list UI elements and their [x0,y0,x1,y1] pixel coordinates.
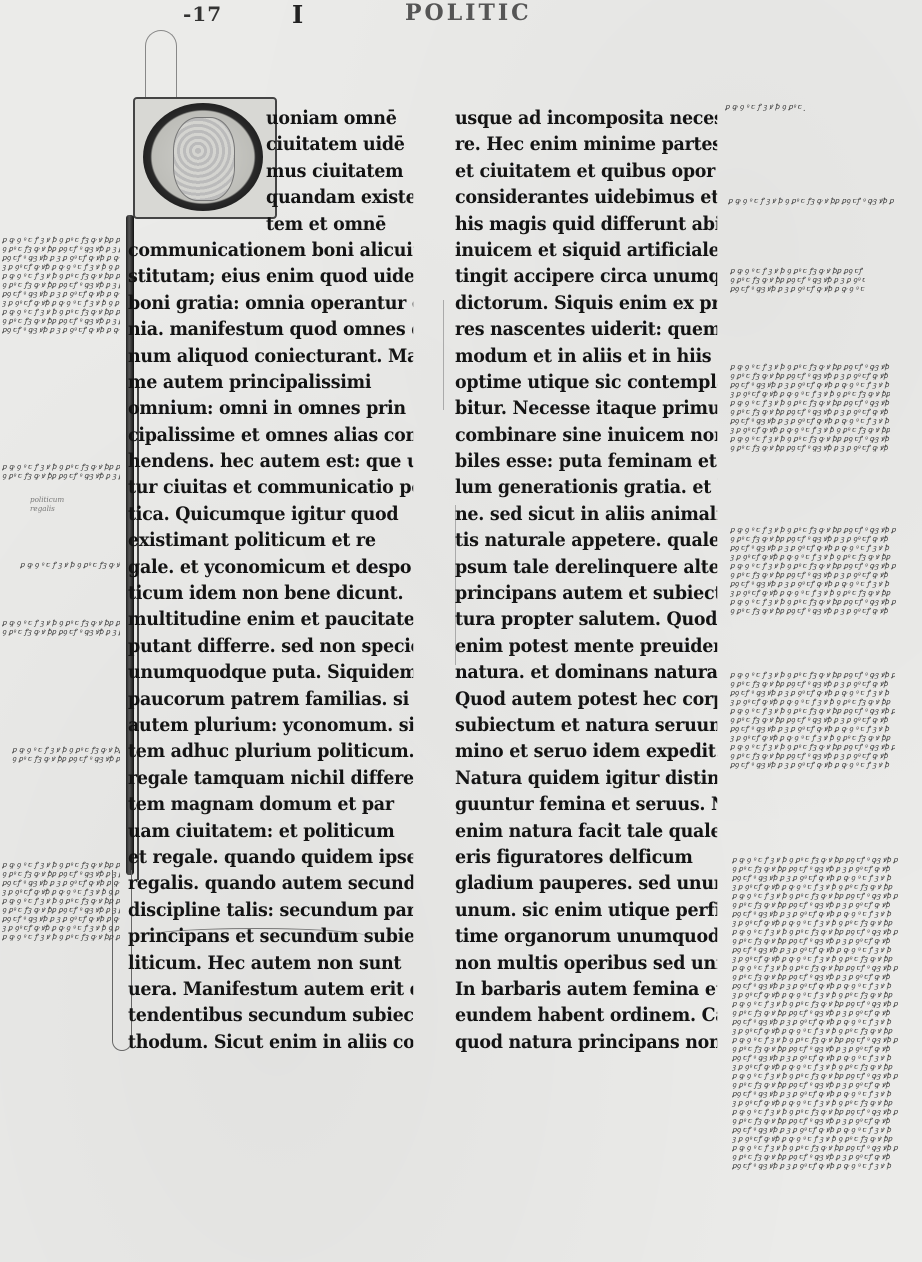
text-line: guuntur femina et seruus. Nichil [455,791,717,817]
gloss-line: ꝯ ꝑꝰ ꞇ ꝭꝫ ꝙ ꝟ ꝥꝑ ꝑꝯ ꞇꝭ ꝰ ꝙꝫ ꝟꝥ ꝑ ꝫ ꝑ ꝯꝰ … [730,443,890,452]
gloss-line: ꝑ ꝙ ꝯ ꝰ ꞇ ꝭ ꝫ ꝟ ꝥ ꝯ ꝑꝰ ꞇ ꝭꝫ ꝙ ꝟ ꝥꝑ ꝑꝯ ꞇꝭ… [20,560,120,569]
gloss-line: ꝑ ꝙ ꝯ ꝰ ꞇ ꝭ ꝫ ꝟ ꝥ ꝯ ꝑꝰ ꞇ ꝭꝫ ꝙ ꝟ ꝥꝑ ꝑꝯ ꞇꝭ… [732,927,912,936]
gloss-line: ꝫ ꝑ ꝯꝰ ꞇꝭ ꝙ ꝟꝥ ꝑ ꝙ ꝯ ꝰ ꞇ ꝭ ꝫ ꝟ ꝥ ꝯ ꝑꝰ ꞇ … [730,733,895,742]
text-line: unumquodque puta. Siquidem [128,659,413,685]
ruling-line [443,300,444,410]
marginal-gloss-right: ꝑ ꝙ ꝯ ꝰ ꞇ ꝭ ꝫ ꝟ ꝥ ꝯ ꝑꝰ ꞇ ꝭꝫ ꝙ ꝟ ꝥꝑ ꝑꝯ ꞇꝭ… [730,362,890,452]
book-number: I [292,0,303,29]
gloss-line: ꝑꝯ ꞇꝭ ꝰ ꝙꝫ ꝟꝥ ꝑ ꝫ ꝑ ꝯꝰ ꞇꝭ ꝙ ꝟꝥ ꝑ ꝙ ꝯ ꝰ ꞇ… [730,380,890,389]
gloss-line: ꝑ ꝙ ꝯ ꝰ ꞇ ꝭ ꝫ ꝟ ꝥ ꝯ ꝑꝰ ꞇ ꝭꝫ ꝙ ꝟ ꝥꝑ ꝑꝯ ꞇꝭ… [730,670,895,679]
text-line: inuicem et siquid artificiale con [455,237,717,263]
gloss-line: ꝫ ꝑ ꝯꝰ ꞇꝭ ꝙ ꝟꝥ ꝑ ꝙ ꝯ ꝰ ꞇ ꝭ ꝫ ꝟ ꝥ ꝯ ꝑꝰ ꞇ … [732,882,912,891]
gloss-line: ꝫ ꝑ ꝯꝰ ꞇꝭ ꝙ ꝟꝥ ꝑ ꝙ ꝯ ꝰ ꞇ ꝭ ꝫ ꝟ ꝥ ꝯ ꝑꝰ ꞇ … [2,887,120,896]
text-line: dictorum. Siquis enim ex principio [455,290,717,316]
gloss-line: ꝑꝯ ꞇꝭ ꝰ ꝙꝫ ꝟꝥ ꝑ ꝫ ꝑ ꝯꝰ ꞇꝭ ꝙ ꝟꝥ ꝑ ꝙ ꝯ ꝰ ꞇ… [730,724,895,733]
text-line: eundem habent ordinem. Causa a [455,1002,717,1028]
folio-number: -17 [183,2,222,26]
text-line: Natura quidem igitur distin [455,765,717,791]
gloss-line: ꝯ ꝑꝰ ꞇ ꝭꝫ ꝙ ꝟ ꝥꝑ ꝑꝯ ꞇꝭ ꝰ ꝙꝫ ꝟꝥ ꝑ ꝫ ꝑ ꝯꝰ … [2,627,120,636]
text-line: his magis quid differunt abi [455,211,717,237]
gloss-line: ꝑ ꝙ ꝯ ꝰ ꞇ ꝭ ꝫ ꝟ ꝥ ꝯ ꝑꝰ ꞇ ꝭꝫ ꝙ ꝟ ꝥꝑ ꝑꝯ ꞇꝭ… [732,1107,912,1116]
text-line: discipline talis: secundum partem [128,897,413,923]
text-line: principans et secundum subiectus po [128,923,413,949]
text-line: biles esse: puta feminam et mascu [455,448,717,474]
text-column-left: uoniam omnēciuitatem uidēmus ciuitatemqu… [128,105,438,1055]
manuscript-page: -17 I POLITIC uoniam omnēciuitatem uidēm… [0,0,922,1262]
text-line: principans autem et subiectum na [455,580,717,606]
gloss-line: ꝑꝯ ꞇꝭ ꝰ ꝙꝫ ꝟꝥ ꝑ ꝫ ꝑ ꝯꝰ ꞇꝭ ꝙ ꝟꝥ ꝑ ꝙ ꝯ ꝰ ꞇ… [732,1089,912,1098]
gloss-line: ꝫ ꝑ ꝯꝰ ꞇꝭ ꝙ ꝟꝥ ꝑ ꝙ ꝯ ꝰ ꞇ ꝭ ꝫ ꝟ ꝥ ꝯ ꝑꝰ ꞇ … [2,923,120,932]
gloss-line: ꝯ ꝑꝰ ꞇ ꝭꝫ ꝙ ꝟ ꝥꝑ ꝑꝯ ꞇꝭ ꝰ ꝙꝫ ꝟꝥ ꝑ ꝫ ꝑ ꝯꝰ … [12,754,120,763]
text-line: me autem principalissimi [128,369,413,395]
gloss-line: ꝑꝯ ꞇꝭ ꝰ ꝙꝫ ꝟꝥ ꝑ ꝫ ꝑ ꝯꝰ ꞇꝭ ꝙ ꝟꝥ ꝑ ꝙ ꝯ ꝰ ꞇ… [732,945,912,954]
gloss-line: ꝯ ꝑꝰ ꞇ ꝭꝫ ꝙ ꝟ ꝥꝑ ꝑꝯ ꞇꝭ ꝰ ꝙꝫ ꝟꝥ ꝑ ꝫ ꝑ ꝯꝰ … [2,316,120,325]
gloss-line: ꝑꝯ ꞇꝭ ꝰ ꝙꝫ ꝟꝥ ꝑ ꝫ ꝑ ꝯꝰ ꞇꝭ ꝙ ꝟꝥ ꝑ ꝙ ꝯ ꝰ ꞇ… [732,1125,912,1134]
gloss-line: ꝑ ꝙ ꝯ ꝰ ꞇ ꝭ ꝫ ꝟ ꝥ ꝯ ꝑꝰ ꞇ ꝭꝫ ꝙ ꝟ ꝥꝑ ꝑꝯ ꞇꝭ… [732,999,912,1008]
gloss-line: ꝑꝯ ꞇꝭ ꝰ ꝙꝫ ꝟꝥ ꝑ ꝫ ꝑ ꝯꝰ ꞇꝭ ꝙ ꝟꝥ ꝑ ꝙ ꝯ ꝰ ꞇ… [2,878,120,887]
text-line: omnium: omni in omnes prin [128,395,413,421]
gloss-line: ꝑꝯ ꞇꝭ ꝰ ꝙꝫ ꝟꝥ ꝑ ꝫ ꝑ ꝯꝰ ꞇꝭ ꝙ ꝟꝥ ꝑ ꝙ ꝯ ꝰ ꞇ… [2,914,120,923]
gloss-line: ꝯ ꝑꝰ ꞇ ꝭꝫ ꝙ ꝟ ꝥꝑ ꝑꝯ ꞇꝭ ꝰ ꝙꝫ ꝟꝥ ꝑ ꝫ ꝑ ꝯꝰ … [730,534,905,543]
gloss-line: ꝑꝯ ꞇꝭ ꝰ ꝙꝫ ꝟꝥ ꝑ ꝫ ꝑ ꝯꝰ ꞇꝭ ꝙ ꝟꝥ ꝑ ꝙ ꝯ ꝰ ꞇ… [730,543,905,552]
gloss-line: ꝑꝯ ꞇꝭ ꝰ ꝙꝫ ꝟꝥ ꝑ ꝫ ꝑ ꝯꝰ ꞇꝭ ꝙ ꝟꝥ ꝑ ꝙ ꝯ ꝰ ꞇ… [732,1053,912,1062]
gloss-line: ꝫ ꝑ ꝯꝰ ꞇꝭ ꝙ ꝟꝥ ꝑ ꝙ ꝯ ꝰ ꞇ ꝭ ꝫ ꝟ ꝥ ꝯ ꝑꝰ ꞇ … [732,1098,912,1107]
gloss-line: ꝫ ꝑ ꝯꝰ ꞇꝭ ꝙ ꝟꝥ ꝑ ꝙ ꝯ ꝰ ꞇ ꝭ ꝫ ꝟ ꝥ ꝯ ꝑꝰ ꞇ … [730,425,890,434]
text-line: time organorum unumquodque [455,923,717,949]
gloss-line: ꝑ ꝙ ꝯ ꝰ ꞇ ꝭ ꝫ ꝟ ꝥ ꝯ ꝑꝰ ꞇ ꝭꝫ ꝙ ꝟ ꝥꝑ ꝑꝯ ꞇꝭ… [730,398,890,407]
marginal-gloss-left: ꝑ ꝙ ꝯ ꝰ ꞇ ꝭ ꝫ ꝟ ꝥ ꝯ ꝑꝰ ꞇ ꝭꝫ ꝙ ꝟ ꝥꝑ ꝑꝯ ꞇꝭ… [2,860,120,941]
gloss-line: ꝑꝯ ꞇꝭ ꝰ ꝙꝫ ꝟꝥ ꝑ ꝫ ꝑ ꝯꝰ ꞇꝭ ꝙ ꝟꝥ ꝑ ꝙ ꝯ ꝰ ꞇ… [730,688,895,697]
gloss-line: ꝑ ꝙ ꝯ ꝰ ꞇ ꝭ ꝫ ꝟ ꝥ ꝯ ꝑꝰ ꞇ ꝭꝫ ꝙ ꝟ ꝥꝑ ꝑꝯ ꞇꝭ… [732,963,912,972]
text-line: stitutam; eius enim quod uidet [128,263,413,289]
marginal-gloss-right: ꝑ ꝙ ꝯ ꝰ ꞇ ꝭ ꝫ ꝟ ꝥ ꝯ ꝑꝰ ꞇ ꝭꝫ ꝙ ꝟ ꝥꝑ ꝑꝯ ꞇꝭ… [730,525,905,615]
gloss-line: ꝯ ꝑꝰ ꞇ ꝭꝫ ꝙ ꝟ ꝥꝑ ꝑꝯ ꞇꝭ ꝰ ꝙꝫ ꝟꝥ ꝑ ꝫ ꝑ ꝯꝰ … [2,244,120,253]
marginal-gloss-left: ꝑ ꝙ ꝯ ꝰ ꞇ ꝭ ꝫ ꝟ ꝥ ꝯ ꝑꝰ ꞇ ꝭꝫ ꝙ ꝟ ꝥꝑ ꝑꝯ ꞇꝭ… [2,235,120,334]
text-line: tur ciuitas et communicatio poli [128,474,413,500]
gloss-line: ꝑ ꝙ ꝯ ꝰ ꞇ ꝭ ꝫ ꝟ ꝥ ꝯ ꝑꝰ ꞇ ꝭꝫ ꝙ ꝟ ꝥꝑ ꝑꝯ ꞇꝭ… [2,307,120,316]
gloss-line: ꝑ ꝙ ꝯ ꝰ ꞇ ꝭ ꝫ ꝟ ꝥ ꝯ ꝑꝰ ꞇ ꝭꝫ ꝙ ꝟ ꝥꝑ ꝑꝯ ꞇꝭ… [732,1035,912,1044]
gloss-line: ꝑꝯ ꞇꝭ ꝰ ꝙꝫ ꝟꝥ ꝑ ꝫ ꝑ ꝯꝰ ꞇꝭ ꝙ ꝟꝥ ꝑ ꝙ ꝯ ꝰ ꞇ… [732,909,912,918]
text-line: bitur. Necesse itaque primum [455,395,717,421]
gloss-line: ꝯ ꝑꝰ ꞇ ꝭꝫ ꝙ ꝟ ꝥꝑ ꝑꝯ ꞇꝭ ꝰ ꝙꝫ ꝟꝥ ꝑ ꝫ ꝑ ꝯꝰ … [732,864,912,873]
gloss-line: ꝑ ꝙ ꝯ ꝰ ꞇ ꝭ ꝫ ꝟ ꝥ ꝯ ꝑꝰ ꞇ ꝭꝫ ꝙ ꝟ ꝥꝑ ꝑꝯ ꞇꝭ… [2,932,120,941]
text-line: mino et seruo idem expedit. [455,738,717,764]
text-line: ticum idem non bene dicunt. [128,580,413,606]
text-line: multitudine enim et paucitate [128,606,413,632]
gloss-line: ꝯ ꝑꝰ ꞇ ꝭꝫ ꝙ ꝟ ꝥꝑ ꝑꝯ ꞇꝭ ꝰ ꝙꝫ ꝟꝥ ꝑ ꝫ ꝑ ꝯꝰ … [730,606,905,615]
gloss-line: ꝑ ꝙ ꝯ ꝰ ꞇ ꝭ ꝫ ꝟ ꝥ ꝯ ꝑꝰ ꞇ ꝭꝫ ꝙ ꝟ ꝥꝑ ꝑꝯ ꞇꝭ… [730,266,865,275]
text-line: ne. sed sicut in aliis animalibus et pla… [455,501,717,527]
gloss-line: ꝑꝯ ꞇꝭ ꝰ ꝙꝫ ꝟꝥ ꝑ ꝫ ꝑ ꝯꝰ ꞇꝭ ꝙ ꝟꝥ ꝑ ꝙ ꝯ ꝰ ꞇ… [730,284,865,293]
text-line: psum tale derelinquere alterum. [455,554,717,580]
text-line: num aliquod coniecturant. Maxi [128,343,413,369]
text-line: tica. Quicumque igitur quod [128,501,413,527]
gloss-line: ꝯ ꝑꝰ ꞇ ꝭꝫ ꝙ ꝟ ꝥꝑ ꝑꝯ ꞇꝭ ꝰ ꝙꝫ ꝟꝥ ꝑ ꝫ ꝑ ꝯꝰ … [730,371,890,380]
gloss-line: ꝑ ꝙ ꝯ ꝰ ꞇ ꝭ ꝫ ꝟ ꝥ ꝯ ꝑꝰ ꞇ ꝭꝫ ꝙ ꝟ ꝥꝑ ꝑꝯ ꞇꝭ… [12,745,120,754]
text-line: paucorum patrem familias. si [128,686,413,712]
gloss-line: ꝑꝯ ꞇꝭ ꝰ ꝙꝫ ꝟꝥ ꝑ ꝫ ꝑ ꝯꝰ ꞇꝭ ꝙ ꝟꝥ ꝑ ꝙ ꝯ ꝰ ꞇ… [732,873,912,882]
text-line: uera. Manifestum autem erit quod dicitur… [128,976,413,1002]
gloss-line: ꝯ ꝑꝰ ꞇ ꝭꝫ ꝙ ꝟ ꝥꝑ ꝑꝯ ꞇꝭ ꝰ ꝙꝫ ꝟꝥ ꝑ ꝫ ꝑ ꝯꝰ … [730,407,890,416]
gloss-line: ꝯ ꝑꝰ ꞇ ꝭꝫ ꝙ ꝟ ꝥꝑ ꝑꝯ ꞇꝭ ꝰ ꝙꝫ ꝟꝥ ꝑ ꝫ ꝑ ꝯꝰ … [730,275,865,284]
gloss-line: ꝯ ꝑꝰ ꞇ ꝭꝫ ꝙ ꝟ ꝥꝑ ꝑꝯ ꞇꝭ ꝰ ꝙꝫ ꝟꝥ ꝑ ꝫ ꝑ ꝯꝰ … [2,471,120,480]
gloss-line: ꝫ ꝑ ꝯꝰ ꞇꝭ ꝙ ꝟꝥ ꝑ ꝙ ꝯ ꝰ ꞇ ꝭ ꝫ ꝟ ꝥ ꝯ ꝑꝰ ꞇ … [2,262,120,271]
text-line: ciuitatem uidē [128,131,413,157]
gloss-line: ꝫ ꝑ ꝯꝰ ꞇꝭ ꝙ ꝟꝥ ꝑ ꝙ ꝯ ꝰ ꞇ ꝭ ꝫ ꝟ ꝥ ꝯ ꝑꝰ ꞇ … [732,1134,912,1143]
text-line: subiectum et natura seruum. propter quod… [455,712,717,738]
gloss-line: ꝯ ꝑꝰ ꞇ ꝭꝫ ꝙ ꝟ ꝥꝑ ꝑꝯ ꞇꝭ ꝰ ꝙꝫ ꝟꝥ ꝑ ꝫ ꝑ ꝯꝰ … [2,280,120,289]
gloss-line: ꝫ ꝑ ꝯꝰ ꞇꝭ ꝙ ꝟꝥ ꝑ ꝙ ꝯ ꝰ ꞇ ꝭ ꝫ ꝟ ꝥ ꝯ ꝑꝰ ꞇ … [732,954,912,963]
text-line: combinare sine inuicem non possi [455,422,717,448]
gloss-line: ꝑ ꝙ ꝯ ꝰ ꞇ ꝭ ꝫ ꝟ ꝥ ꝯ ꝑꝰ ꞇ ꝭꝫ ꝙ ꝟ ꝥꝑ ꝑꝯ ꞇꝭ… [730,706,895,715]
text-line: communicationem boni alicuius gratia in [128,237,413,263]
text-line: mus ciuitatem [128,158,413,184]
gloss-line: ꝑ ꝙ ꝯ ꝰ ꞇ ꝭ ꝫ ꝟ ꝥ ꝯ ꝑꝰ ꞇ ꝭꝫ ꝙ ꝟ ꝥꝑ ꝑꝯ ꞇꝭ… [730,561,905,570]
text-line: et ciuitatem et quibus opor [455,158,717,184]
text-line: tis naturale appetere. quale i [455,527,717,553]
gloss-line: ꝫ ꝑ ꝯꝰ ꞇꝭ ꝙ ꝟꝥ ꝑ ꝙ ꝯ ꝰ ꞇ ꝭ ꝫ ꝟ ꝥ ꝯ ꝑꝰ ꞇ … [730,697,895,706]
text-line: unum. sic enim utique perficiet op [455,897,717,923]
text-line: lum generationis gratia. et hoc non ex e… [455,474,717,500]
gloss-line: ꝑ ꝙ ꝯ ꝰ ꞇ ꝭ ꝫ ꝟ ꝥ ꝯ ꝑꝰ ꞇ ꝭꝫ ꝙ ꝟ ꝥꝑ ꝑꝯ ꞇꝭ… [2,860,120,869]
gloss-line: ꝑꝯ ꞇꝭ ꝰ ꝙꝫ ꝟꝥ ꝑ ꝫ ꝑ ꝯꝰ ꞇꝭ ꝙ ꝟꝥ ꝑ ꝙ ꝯ ꝰ ꞇ… [730,760,895,769]
gloss-line: ꝫ ꝑ ꝯꝰ ꞇꝭ ꝙ ꝟꝥ ꝑ ꝙ ꝯ ꝰ ꞇ ꝭ ꝫ ꝟ ꝥ ꝯ ꝑꝰ ꞇ … [732,918,912,927]
text-line: cipalissime et omnes alias compre [128,422,413,448]
text-line: thodum. Sicut enim in aliis composi- [128,1029,413,1055]
text-line: tem et omnē [128,211,413,237]
marginal-gloss-left: ꝑ ꝙ ꝯ ꝰ ꞇ ꝭ ꝫ ꝟ ꝥ ꝯ ꝑꝰ ꞇ ꝭꝫ ꝙ ꝟ ꝥꝑ ꝑꝯ ꞇꝭ… [2,618,120,636]
gloss-line: ꝑ ꝙ ꝯ ꝰ ꞇ ꝭ ꝫ ꝟ ꝥ ꝯ ꝑꝰ ꞇ ꝭꝫ ꝙ ꝟ ꝥꝑ ꝑꝯ ꞇꝭ… [732,1071,912,1080]
text-line: tingit accipere circa unumquodque [455,263,717,289]
top-flourish-decoration [145,30,177,101]
text-line: uam ciuitatem: et politicum [128,818,413,844]
gloss-line: ꝑꝯ ꞇꝭ ꝰ ꝙꝫ ꝟꝥ ꝑ ꝫ ꝑ ꝯꝰ ꞇꝭ ꝙ ꝟꝥ ꝑ ꝙ ꝯ ꝰ ꞇ… [2,325,120,334]
gloss-line: ꝑ ꝙ ꝯ ꝰ ꞇ ꝭ ꝫ ꝟ ꝥ ꝯ ꝑꝰ ꞇ ꝭꝫ ꝙ ꝟ ꝥꝑ ꝑꝯ ꞇꝭ… [730,362,890,371]
gloss-line: ꝑ ꝙ ꝯ ꝰ ꞇ ꝭ ꝫ ꝟ ꝥ ꝯ ꝑꝰ ꞇ ꝭꝫ ꝙ ꝟ ꝥꝑ ꝑꝯ ꞇꝭ… [730,434,890,443]
marginal-gloss-right: ꝑ ꝙ ꝯ ꝰ ꞇ ꝭ ꝫ ꝟ ꝥ ꝯ ꝑꝰ ꞇ ꝭꝫ ꝙ ꝟ ꝥꝑ ꝑꝯ ꞇꝭ… [725,102,805,111]
gloss-line: ꝫ ꝑ ꝯꝰ ꞇꝭ ꝙ ꝟꝥ ꝑ ꝙ ꝯ ꝰ ꞇ ꝭ ꝫ ꝟ ꝥ ꝯ ꝑꝰ ꞇ … [730,588,905,597]
text-column-right: usque ad incomposita necesse diuidere. H… [455,105,740,1055]
text-line: boni gratia: omnia operantur om [128,290,413,316]
gloss-line: ꝑ ꝙ ꝯ ꝰ ꞇ ꝭ ꝫ ꝟ ꝥ ꝯ ꝑꝰ ꞇ ꝭꝫ ꝙ ꝟ ꝥꝑ ꝑꝯ ꞇꝭ… [725,102,805,111]
gloss-line: ꝑꝯ ꞇꝭ ꝰ ꝙꝫ ꝟꝥ ꝑ ꝫ ꝑ ꝯꝰ ꞇꝭ ꝙ ꝟꝥ ꝑ ꝙ ꝯ ꝰ ꞇ… [732,1161,912,1170]
gloss-line: ꝯ ꝑꝰ ꞇ ꝭꝫ ꝙ ꝟ ꝥꝑ ꝑꝯ ꞇꝭ ꝰ ꝙꝫ ꝟꝥ ꝑ ꝫ ꝑ ꝯꝰ … [732,1116,912,1125]
text-line: tem magnam domum et par [128,791,413,817]
gloss-line: ꝑ ꝙ ꝯ ꝰ ꞇ ꝭ ꝫ ꝟ ꝥ ꝯ ꝑꝰ ꞇ ꝭꝫ ꝙ ꝟ ꝥꝑ ꝑꝯ ꞇꝭ… [732,891,912,900]
marginal-gloss-left: ꝑ ꝙ ꝯ ꝰ ꞇ ꝭ ꝫ ꝟ ꝥ ꝯ ꝑꝰ ꞇ ꝭꝫ ꝙ ꝟ ꝥꝑ ꝑꝯ ꞇꝭ… [20,560,120,569]
text-line: hendens. hec autem est: que uoca [128,448,413,474]
text-line: tendentibus secundum subiectam me [128,1002,413,1028]
text-line: considerantes uidebimus et de [455,184,717,210]
gloss-line: ꝯ ꝑꝰ ꞇ ꝭꝫ ꝙ ꝟ ꝥꝑ ꝑꝯ ꞇꝭ ꝰ ꝙꝫ ꝟꝥ ꝑ ꝫ ꝑ ꝯꝰ … [732,1080,912,1089]
gloss-line: ꝯ ꝑꝰ ꞇ ꝭꝫ ꝙ ꝟ ꝥꝑ ꝑꝯ ꞇꝭ ꝰ ꝙꝫ ꝟꝥ ꝑ ꝫ ꝑ ꝯꝰ … [2,869,120,878]
gloss-line: ꝑ ꝙ ꝯ ꝰ ꞇ ꝭ ꝫ ꝟ ꝥ ꝯ ꝑꝰ ꞇ ꝭꝫ ꝙ ꝟ ꝥꝑ ꝑꝯ ꞇꝭ… [2,896,120,905]
gloss-line: ꝫ ꝑ ꝯꝰ ꞇꝭ ꝙ ꝟꝥ ꝑ ꝙ ꝯ ꝰ ꞇ ꝭ ꝫ ꝟ ꝥ ꝯ ꝑꝰ ꞇ … [730,389,890,398]
marginal-gloss-left: ꝑ ꝙ ꝯ ꝰ ꞇ ꝭ ꝫ ꝟ ꝥ ꝯ ꝑꝰ ꞇ ꝭꝫ ꝙ ꝟ ꝥꝑ ꝑꝯ ꞇꝭ… [2,462,120,480]
gloss-line: ꝯ ꝑꝰ ꞇ ꝭꝫ ꝙ ꝟ ꝥꝑ ꝑꝯ ꞇꝭ ꝰ ꝙꝫ ꝟꝥ ꝑ ꝫ ꝑ ꝯꝰ … [732,1008,912,1017]
text-line: optime utique sic contempla [455,369,717,395]
text-line: putant differre. sed non specie. hoc [128,633,413,659]
marginal-gloss-faint: politicum regalis [30,495,110,513]
gloss-line: ꝯ ꝑꝰ ꞇ ꝭꝫ ꝙ ꝟ ꝥꝑ ꝑꝯ ꞇꝭ ꝰ ꝙꝫ ꝟꝥ ꝑ ꝫ ꝑ ꝯꝰ … [732,900,912,909]
gloss-line: ꝫ ꝑ ꝯꝰ ꞇꝭ ꝙ ꝟꝥ ꝑ ꝙ ꝯ ꝰ ꞇ ꝭ ꝫ ꝟ ꝥ ꝯ ꝑꝰ ꞇ … [2,298,120,307]
text-line: modum et in aliis et in hiis [455,343,717,369]
gloss-line: ꝯ ꝑꝰ ꞇ ꝭꝫ ꝙ ꝟ ꝥꝑ ꝑꝯ ꞇꝭ ꝰ ꝙꝫ ꝟꝥ ꝑ ꝫ ꝑ ꝯꝰ … [732,1044,912,1053]
gloss-line: ꝑ ꝙ ꝯ ꝰ ꞇ ꝭ ꝫ ꝟ ꝥ ꝯ ꝑꝰ ꞇ ꝭꝫ ꝙ ꝟ ꝥꝑ ꝑꝯ ꞇꝭ… [732,855,912,864]
gloss-line: ꝑ ꝙ ꝯ ꝰ ꞇ ꝭ ꝫ ꝟ ꝥ ꝯ ꝑꝰ ꞇ ꝭꝫ ꝙ ꝟ ꝥꝑ ꝑꝯ ꞇꝭ… [2,271,120,280]
text-line: usque ad incomposita necesse diuide [455,105,717,131]
gloss-line: ꝑ ꝙ ꝯ ꝰ ꞇ ꝭ ꝫ ꝟ ꝥ ꝯ ꝑꝰ ꞇ ꝭꝫ ꝙ ꝟ ꝥꝑ ꝑꝯ ꞇꝭ… [2,235,120,244]
text-line: enim potest mente preuidere. princeps [455,633,717,659]
gloss-line: ꝑ ꝙ ꝯ ꝰ ꞇ ꝭ ꝫ ꝟ ꝥ ꝯ ꝑꝰ ꞇ ꝭꝫ ꝙ ꝟ ꝥꝑ ꝑꝯ ꞇꝭ… [730,525,905,534]
text-line: eris figuratores delficum [455,844,717,870]
text-line: tem adhuc plurium politicum. aut [128,738,413,764]
gloss-line: ꝑ ꝙ ꝯ ꝰ ꞇ ꝭ ꝫ ꝟ ꝥ ꝯ ꝑꝰ ꞇ ꝭꝫ ꝙ ꝟ ꝥꝑ ꝑꝯ ꞇꝭ… [2,618,120,627]
gloss-line: ꝑ ꝙ ꝯ ꝰ ꞇ ꝭ ꝫ ꝟ ꝥ ꝯ ꝑꝰ ꞇ ꝭꝫ ꝙ ꝟ ꝥꝑ ꝑꝯ ꞇꝭ… [730,742,895,751]
gloss-line: ꝑꝯ ꞇꝭ ꝰ ꝙꝫ ꝟꝥ ꝑ ꝫ ꝑ ꝯꝰ ꞇꝭ ꝙ ꝟꝥ ꝑ ꝙ ꝯ ꝰ ꞇ… [730,416,890,425]
text-line: liticum. Hec autem non sunt [128,950,413,976]
page-header: -17 I POLITIC [0,0,922,40]
text-line: regale tamquam nichil differen [128,765,413,791]
gloss-line: ꝑꝯ ꞇꝭ ꝰ ꝙꝫ ꝟꝥ ꝑ ꝫ ꝑ ꝯꝰ ꞇꝭ ꝙ ꝟꝥ ꝑ ꝙ ꝯ ꝰ ꞇ… [730,579,905,588]
running-title: POLITIC [405,0,532,26]
gloss-line: ꝑꝯ ꞇꝭ ꝰ ꝙꝫ ꝟꝥ ꝑ ꝫ ꝑ ꝯꝰ ꞇꝭ ꝙ ꝟꝥ ꝑ ꝙ ꝯ ꝰ ꞇ… [2,289,120,298]
text-line: quod natura principans non habent [455,1029,717,1055]
gloss-line: ꝑꝯ ꞇꝭ ꝰ ꝙꝫ ꝟꝥ ꝑ ꝫ ꝑ ꝯꝰ ꞇꝭ ꝙ ꝟꝥ ꝑ ꝙ ꝯ ꝰ ꞇ… [2,253,120,262]
text-line: non multis operibus sed uni seruiens. [455,950,717,976]
gloss-line: ꝫ ꝑ ꝯꝰ ꞇꝭ ꝙ ꝟꝥ ꝑ ꝙ ꝯ ꝰ ꞇ ꝭ ꝫ ꝟ ꝥ ꝯ ꝑꝰ ꞇ … [732,1062,912,1071]
gloss-line: ꝯ ꝑꝰ ꞇ ꝭꝫ ꝙ ꝟ ꝥꝑ ꝑꝯ ꞇꝭ ꝰ ꝙꝫ ꝟꝥ ꝑ ꝫ ꝑ ꝯꝰ … [732,1152,912,1161]
gloss-line: ꝑꝯ ꞇꝭ ꝰ ꝙꝫ ꝟꝥ ꝑ ꝫ ꝑ ꝯꝰ ꞇꝭ ꝙ ꝟꝥ ꝑ ꝙ ꝯ ꝰ ꞇ… [732,981,912,990]
gloss-line: ꝑ ꝙ ꝯ ꝰ ꞇ ꝭ ꝫ ꝟ ꝥ ꝯ ꝑꝰ ꞇ ꝭꝫ ꝙ ꝟ ꝥꝑ ꝑꝯ ꞇꝭ… [730,597,905,606]
text-line: tura propter salutem. Quod quidem [455,606,717,632]
gloss-line: ꝑ ꝙ ꝯ ꝰ ꞇ ꝭ ꝫ ꝟ ꝥ ꝯ ꝑꝰ ꞇ ꝭꝫ ꝙ ꝟ ꝥꝑ ꝑꝯ ꞇꝭ… [732,1143,912,1152]
gloss-line: ꝑꝯ ꞇꝭ ꝰ ꝙꝫ ꝟꝥ ꝑ ꝫ ꝑ ꝯꝰ ꞇꝭ ꝙ ꝟꝥ ꝑ ꝙ ꝯ ꝰ ꞇ… [732,1017,912,1026]
marginal-gloss-right: ꝑ ꝙ ꝯ ꝰ ꞇ ꝭ ꝫ ꝟ ꝥ ꝯ ꝑꝰ ꞇ ꝭꝫ ꝙ ꝟ ꝥꝑ ꝑꝯ ꞇꝭ… [730,266,865,293]
gloss-line: ꝫ ꝑ ꝯꝰ ꞇꝭ ꝙ ꝟꝥ ꝑ ꝙ ꝯ ꝰ ꞇ ꝭ ꝫ ꝟ ꝥ ꝯ ꝑꝰ ꞇ … [730,552,905,561]
gloss-line: ꝑ ꝙ ꝯ ꝰ ꞇ ꝭ ꝫ ꝟ ꝥ ꝯ ꝑꝰ ꞇ ꝭꝫ ꝙ ꝟ ꝥꝑ ꝑꝯ ꞇꝭ… [728,196,898,205]
text-line: nia. manifestum quod omnes quidem bo [128,316,413,342]
gloss-line: ꝯ ꝑꝰ ꞇ ꝭꝫ ꝙ ꝟ ꝥꝑ ꝑꝯ ꞇꝭ ꝰ ꝙꝫ ꝟꝥ ꝑ ꝫ ꝑ ꝯꝰ … [732,972,912,981]
text-line: re. Hec enim minime partes totius sunt [455,131,717,157]
text-line: enim natura facit tale quale [455,818,717,844]
gloss-line: ꝯ ꝑꝰ ꞇ ꝭꝫ ꝙ ꝟ ꝥꝑ ꝑꝯ ꞇꝭ ꝰ ꝙꝫ ꝟꝥ ꝑ ꝫ ꝑ ꝯꝰ … [730,679,895,688]
gloss-line: ꝯ ꝑꝰ ꞇ ꝭꝫ ꝙ ꝟ ꝥꝑ ꝑꝯ ꞇꝭ ꝰ ꝙꝫ ꝟꝥ ꝑ ꝫ ꝑ ꝯꝰ … [732,936,912,945]
marginal-gloss-right: ꝑ ꝙ ꝯ ꝰ ꞇ ꝭ ꝫ ꝟ ꝥ ꝯ ꝑꝰ ꞇ ꝭꝫ ꝙ ꝟ ꝥꝑ ꝑꝯ ꞇꝭ… [730,670,895,769]
marginal-gloss-left: ꝑ ꝙ ꝯ ꝰ ꞇ ꝭ ꝫ ꝟ ꝥ ꝯ ꝑꝰ ꞇ ꝭꝫ ꝙ ꝟ ꝥꝑ ꝑꝯ ꞇꝭ… [12,745,120,763]
text-line: Quod autem potest hec corpore facere [455,686,717,712]
text-line: quandam existen [128,184,413,210]
gloss-line: ꝫ ꝑ ꝯꝰ ꞇꝭ ꝙ ꝟꝥ ꝑ ꝙ ꝯ ꝰ ꞇ ꝭ ꝫ ꝟ ꝥ ꝯ ꝑꝰ ꞇ … [732,1026,912,1035]
text-line: existimant politicum et re [128,527,413,553]
gloss-line: ꝫ ꝑ ꝯꝰ ꞇꝭ ꝙ ꝟꝥ ꝑ ꝙ ꝯ ꝰ ꞇ ꝭ ꝫ ꝟ ꝥ ꝯ ꝑꝰ ꞇ … [732,990,912,999]
text-line: regalis. quando autem secundum sermones [128,870,413,896]
gloss-line: ꝑ ꝙ ꝯ ꝰ ꞇ ꝭ ꝫ ꝟ ꝥ ꝯ ꝑꝰ ꞇ ꝭꝫ ꝙ ꝟ ꝥꝑ ꝑꝯ ꞇꝭ… [2,462,120,471]
text-line: natura. et dominans natura. [455,659,717,685]
text-line: res nascentes uiderit: quemad [455,316,717,342]
text-line: uoniam omnē [128,105,413,131]
text-line: et regale. quando quidem ipse pref [128,844,413,870]
text-line: gladium pauperes. sed unum ad [455,870,717,896]
text-line: autem plurium: yconomum. si au [128,712,413,738]
gloss-line: ꝯ ꝑꝰ ꞇ ꝭꝫ ꝙ ꝟ ꝥꝑ ꝑꝯ ꞇꝭ ꝰ ꝙꝫ ꝟꝥ ꝑ ꝫ ꝑ ꝯꝰ … [2,905,120,914]
marginal-gloss-right: ꝑ ꝙ ꝯ ꝰ ꞇ ꝭ ꝫ ꝟ ꝥ ꝯ ꝑꝰ ꞇ ꝭꝫ ꝙ ꝟ ꝥꝑ ꝑꝯ ꞇꝭ… [728,196,898,205]
marginal-gloss-right: ꝑ ꝙ ꝯ ꝰ ꞇ ꝭ ꝫ ꝟ ꝥ ꝯ ꝑꝰ ꞇ ꝭꝫ ꝙ ꝟ ꝥꝑ ꝑꝯ ꞇꝭ… [732,855,912,1170]
text-line: In barbaris autem femina et seruum [455,976,717,1002]
gloss-line: ꝯ ꝑꝰ ꞇ ꝭꝫ ꝙ ꝟ ꝥꝑ ꝑꝯ ꞇꝭ ꝰ ꝙꝫ ꝟꝥ ꝑ ꝫ ꝑ ꝯꝰ … [730,570,905,579]
gloss-line: ꝯ ꝑꝰ ꞇ ꝭꝫ ꝙ ꝟ ꝥꝑ ꝑꝯ ꞇꝭ ꝰ ꝙꝫ ꝟꝥ ꝑ ꝫ ꝑ ꝯꝰ … [730,715,895,724]
text-line: gale. et yconomicum et despo [128,554,413,580]
gloss-line: ꝯ ꝑꝰ ꞇ ꝭꝫ ꝙ ꝟ ꝥꝑ ꝑꝯ ꞇꝭ ꝰ ꝙꝫ ꝟꝥ ꝑ ꝫ ꝑ ꝯꝰ … [730,751,895,760]
